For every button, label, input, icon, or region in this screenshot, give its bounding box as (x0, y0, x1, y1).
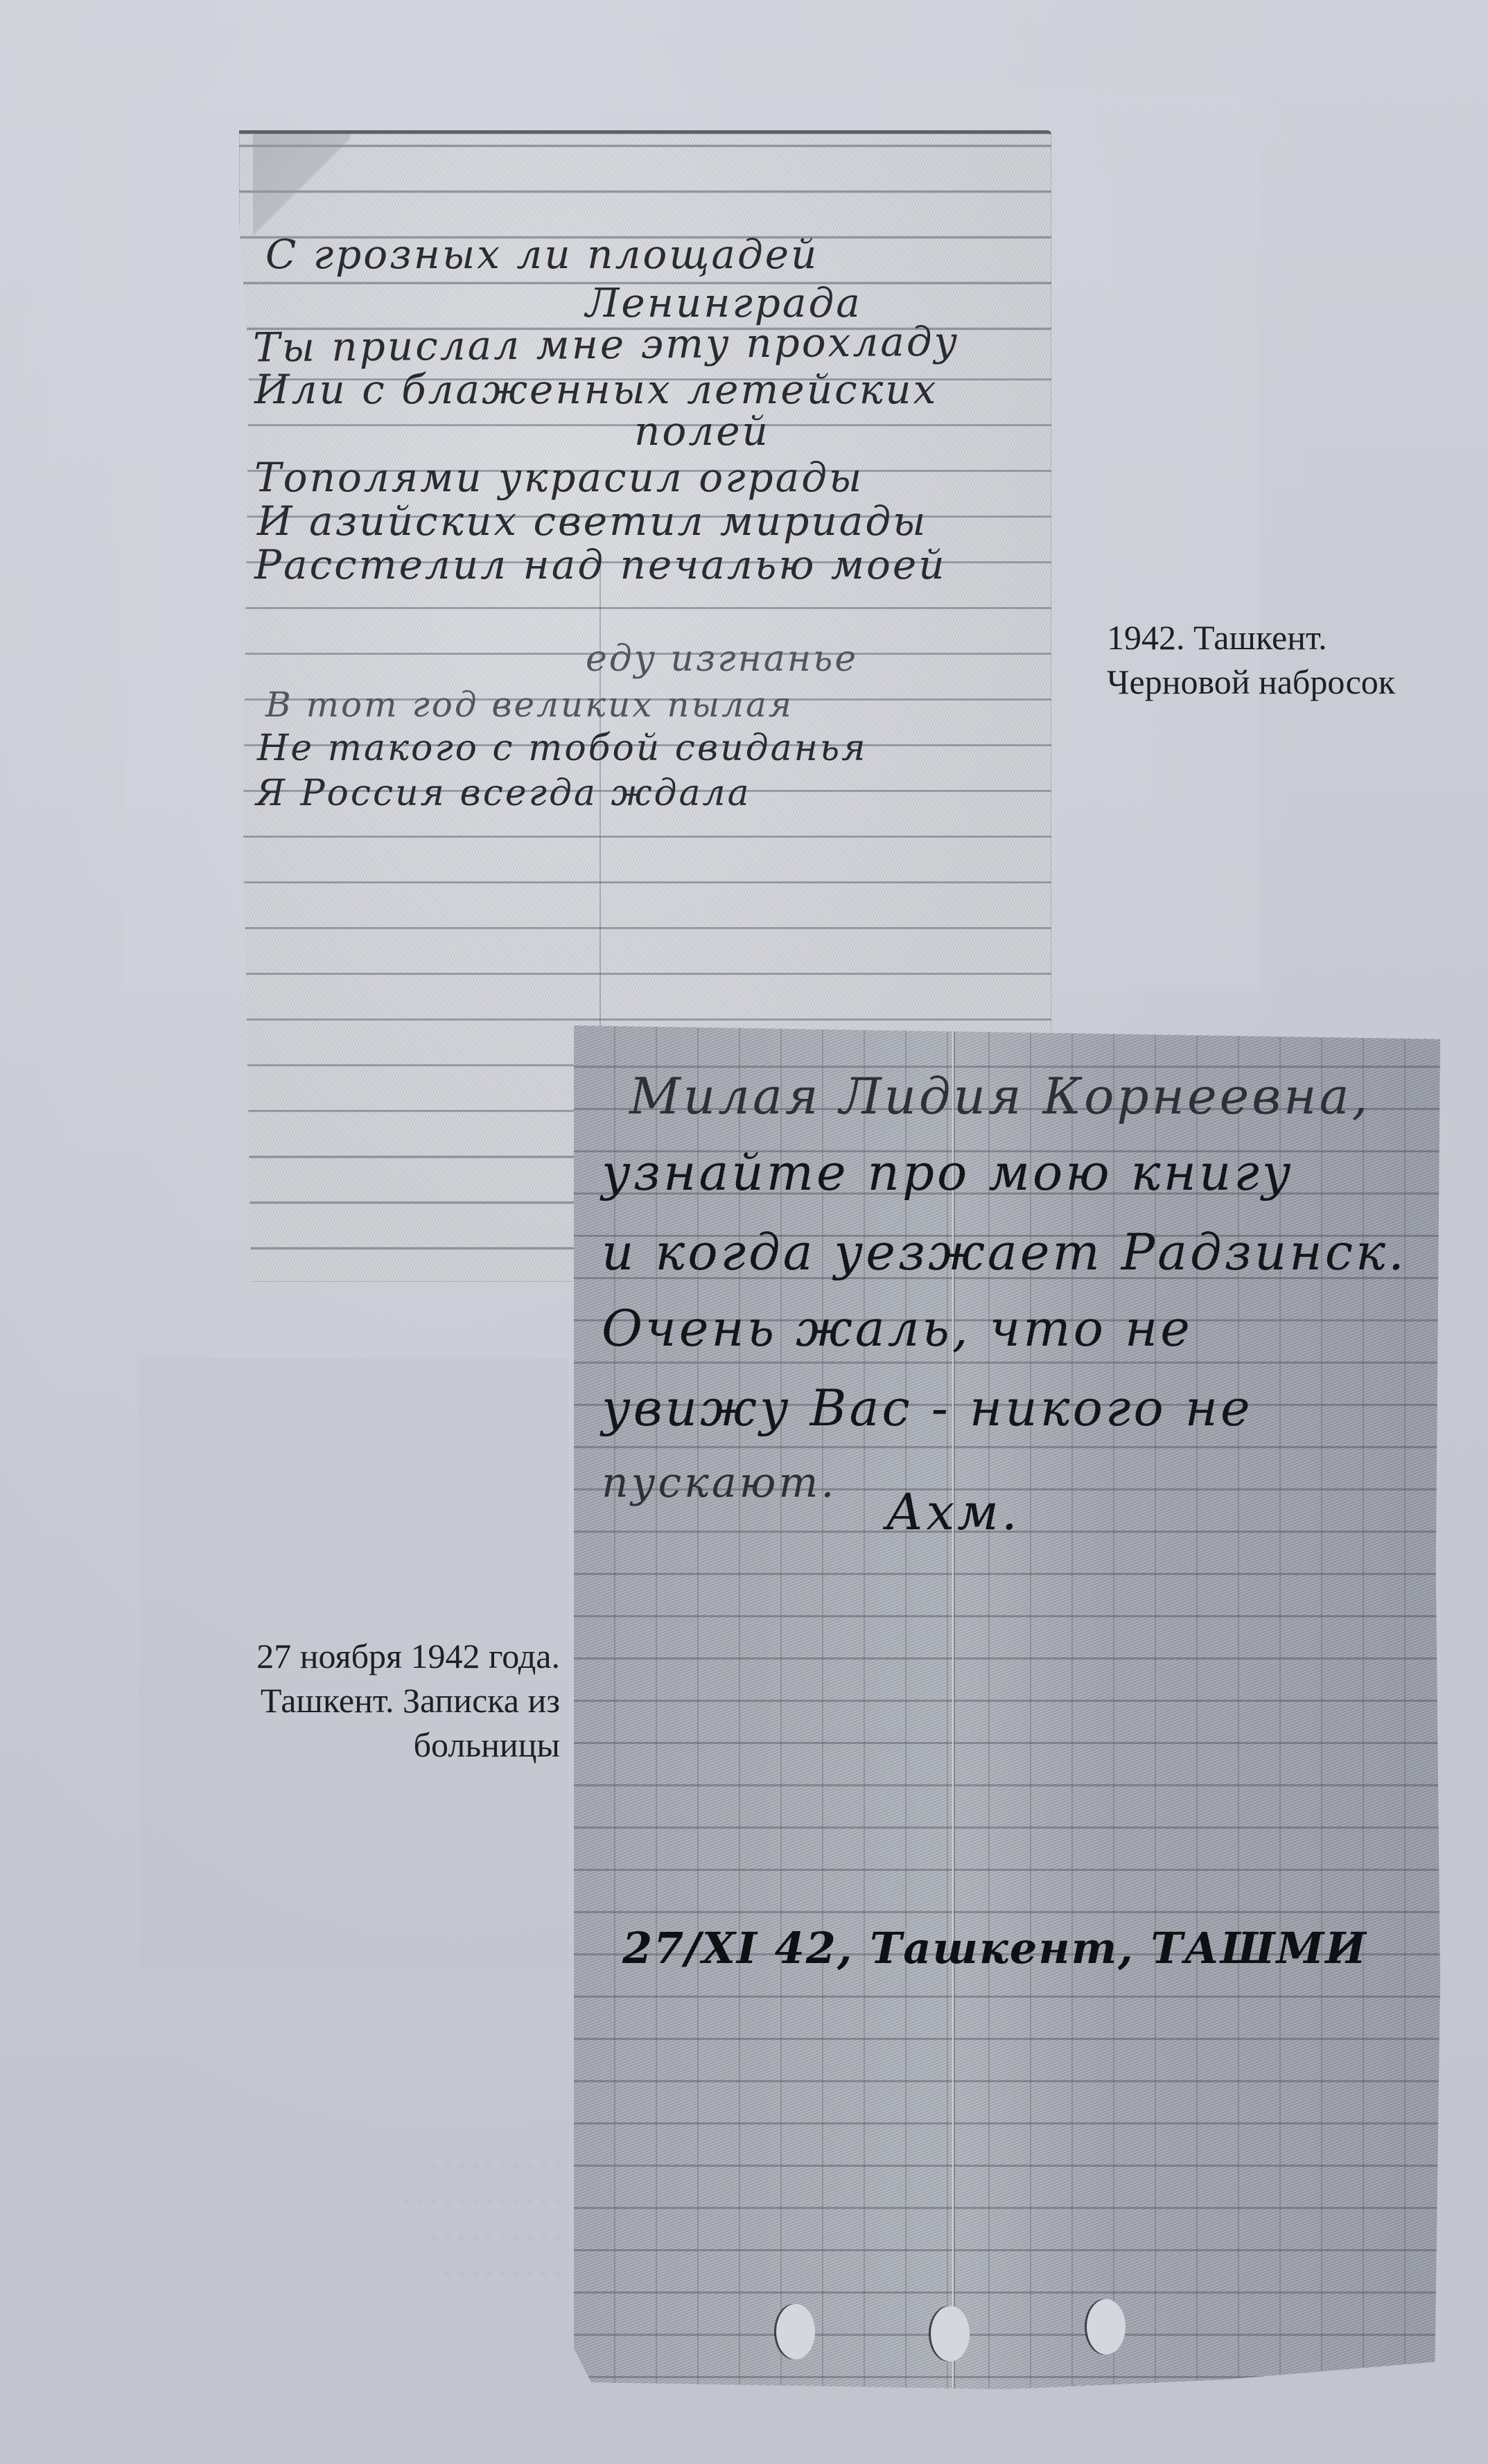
caption-line: больницы (256, 1723, 560, 1767)
date-place-line: 27/XI 42, Ташкент, ТАШМИ (622, 1923, 1367, 1973)
punch-hole (1087, 2299, 1126, 2355)
bleed-line: · · · · · · · · · · · · (159, 2184, 561, 2220)
handwritten-line: Милая Лидия Корнеевна, (629, 1067, 1370, 1125)
caption-line: 27 ноября 1942 года. (256, 1634, 560, 1678)
handwritten-line: Ты прислал мне эту прохладу (253, 318, 960, 371)
figure-caption-hospital-note: 27 ноября 1942 года. Ташкент. Записка из… (256, 1634, 560, 1767)
hospital-note-photo: Милая Лидия Корнеевна, узнайте про мою к… (574, 1026, 1440, 2389)
handwritten-line: С грозных ли площадей (265, 231, 819, 278)
bleed-line: · · · · · · · · · (159, 2256, 561, 2292)
caption-line: 1942. Ташкент. (1107, 615, 1395, 660)
handwritten-line: пускают. (602, 1459, 837, 1507)
punch-hole (776, 2304, 815, 2359)
handwritten-line: Не такого с тобой свиданья (257, 728, 868, 769)
bleed-line: · · · · · · · · · · (159, 2220, 561, 2256)
caption-line: Черновой набросок (1107, 660, 1395, 704)
handwritten-line: и когда уезжает Радзинск. (602, 1223, 1407, 1281)
handwritten-line: Или с блаженных летейских (254, 366, 938, 413)
handwritten-line: еду изгнанье (586, 638, 858, 680)
handwritten-line: Я Россия всегда ждала (256, 773, 751, 814)
handwritten-line: Расстелил над печалью моей (254, 541, 947, 588)
signature: Ахм. (886, 1483, 1020, 1541)
handwritten-line: полей (634, 407, 770, 455)
handwritten-line: И азийских светил мириады (257, 498, 927, 545)
handwritten-line: Тополями украсил ограды (254, 454, 864, 501)
handwritten-line: В тот год великих пылая (265, 685, 794, 725)
book-page: С грозных ли площадей Ленинграда Ты прис… (0, 0, 1488, 2464)
folded-corner (253, 134, 350, 245)
punch-hole (931, 2306, 970, 2361)
figure-caption-draft: 1942. Ташкент. Черновой набросок (1107, 615, 1395, 704)
handwritten-line: Очень жаль, что не (602, 1299, 1193, 1357)
handwritten-line: увижу Вас - никого не (602, 1379, 1253, 1437)
bleed-line: · · · · · · · · · · (159, 2148, 561, 2184)
caption-line: Ташкент. Записка из (256, 1678, 560, 1723)
handwritten-line: узнайте про мою книгу (602, 1143, 1293, 1202)
bleed-through-text: · · · · · · · · · · · · · · · · · · · · … (159, 2148, 561, 2292)
